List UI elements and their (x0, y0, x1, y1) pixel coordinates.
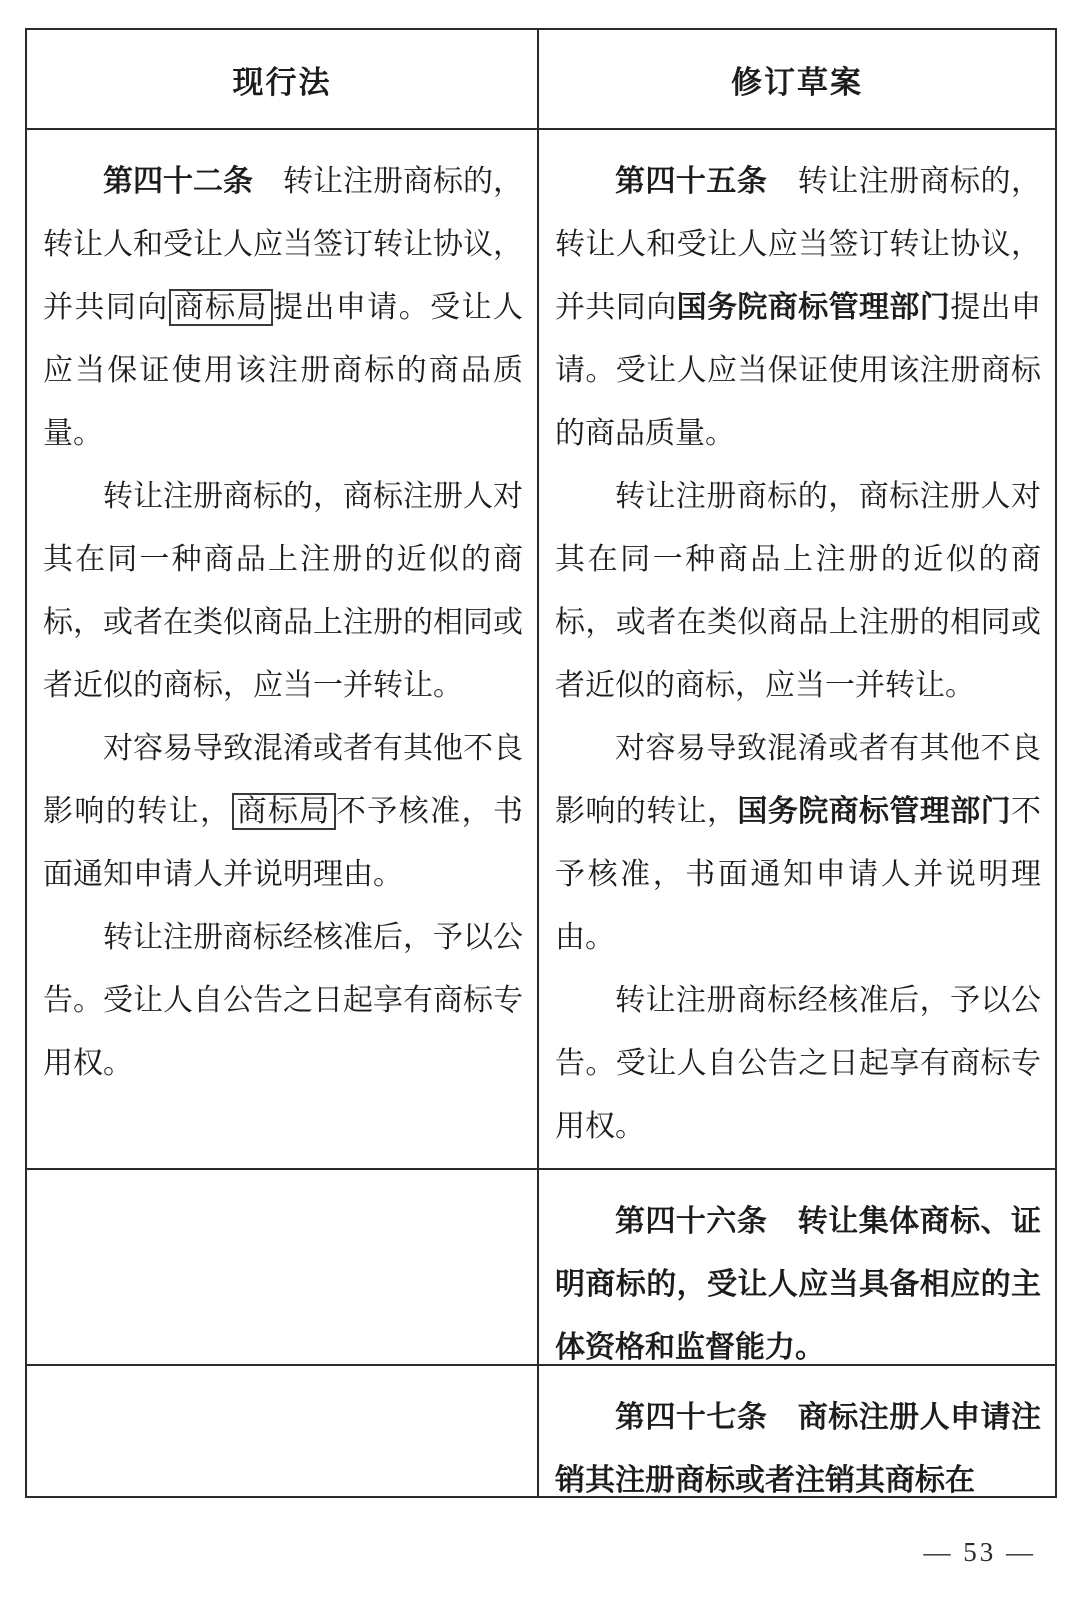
paragraph: 转让注册商标的，商标注册人对其在同一种商品上注册的近似的商标，或者在类似商品上注… (555, 465, 1041, 717)
text-run: 转让注册商标经核准后，予以公告。受让人自公告之日起享有商标专用权。 (43, 921, 523, 1080)
comparison-table: 现行法 修订草案 第四十二条 转让注册商标的，转让人和受让人应当签订转让协议，并… (25, 28, 1057, 1498)
bold-term: 国务院商标管理部门 (737, 795, 1011, 828)
bold-term: 第四十二条 (103, 165, 253, 198)
paragraph: 转让注册商标经核准后，予以公告。受让人自公告之日起享有商标专用权。 (555, 969, 1041, 1158)
document-page: { "header": { "current_law": "现行法", "rev… (0, 0, 1080, 1597)
cell-article47-revision-draft: 第四十七条 商标注册人申请注销其注册商标或者注销其商标在 (539, 1366, 1055, 1496)
paragraph: 第四十五条 转让注册商标的，转让人和受让人应当签订转让协议，并共同向国务院商标管… (555, 150, 1041, 465)
paragraph: 第四十七条 商标注册人申请注销其注册商标或者注销其商标在 (555, 1386, 1041, 1496)
paragraph: 第四十六条 转让集体商标、证明商标的，受让人应当具备相应的主体资格和监督能力。 (555, 1190, 1041, 1366)
text-run: 转让注册商标的，商标注册人对其在同一种商品上注册的近似的商标，或者在类似商品上注… (43, 480, 523, 702)
paragraph: 第四十二条 转让注册商标的，转让人和受让人应当签订转让协议，并共同向商标局提出申… (43, 150, 523, 465)
cell-empty-row2-current-law (27, 1170, 539, 1366)
paragraph: 对容易导致混淆或者有其他不良影响的转让，国务院商标管理部门不予核准，书面通知申请… (555, 717, 1041, 969)
bold-term: 第四十七条 商标注册人申请注销其注册商标或者注销其商标在 (555, 1401, 1041, 1496)
paragraph: 转让注册商标的，商标注册人对其在同一种商品上注册的近似的商标，或者在类似商品上注… (43, 465, 523, 717)
page-number: — 53 — (924, 1537, 1037, 1568)
boxed-deleted-term: 商标局 (232, 793, 336, 830)
text-run: 转让注册商标经核准后，予以公告。受让人自公告之日起享有商标专用权。 (555, 984, 1041, 1143)
header-label-revision-draft: 修订草案 (731, 57, 863, 102)
cell-empty-row3-current-law (27, 1366, 539, 1496)
header-label-current-law: 现行法 (233, 57, 332, 102)
cell-article42-current-law: 第四十二条 转让注册商标的，转让人和受让人应当签订转让协议，并共同向商标局提出申… (27, 130, 539, 1170)
text-run: 转让注册商标的，商标注册人对其在同一种商品上注册的近似的商标，或者在类似商品上注… (555, 480, 1041, 702)
bold-term: 第四十六条 转让集体商标、证明商标的，受让人应当具备相应的主体资格和监督能力。 (555, 1205, 1041, 1364)
bold-term: 国务院商标管理部门 (677, 291, 951, 324)
cell-article46-revision-draft: 第四十六条 转让集体商标、证明商标的，受让人应当具备相应的主体资格和监督能力。 (539, 1170, 1055, 1366)
cell-article45-revision-draft: 第四十五条 转让注册商标的，转让人和受让人应当签订转让协议，并共同向国务院商标管… (539, 130, 1055, 1170)
paragraph: 转让注册商标经核准后，予以公告。受让人自公告之日起享有商标专用权。 (43, 906, 523, 1095)
paragraph: 对容易导致混淆或者有其他不良影响的转让，商标局不予核准，书面通知申请人并说明理由… (43, 717, 523, 906)
boxed-deleted-term: 商标局 (169, 289, 273, 326)
header-cell-current-law: 现行法 (27, 30, 539, 130)
bold-term: 第四十五条 (615, 165, 767, 198)
header-cell-revision-draft: 修订草案 (539, 30, 1055, 130)
